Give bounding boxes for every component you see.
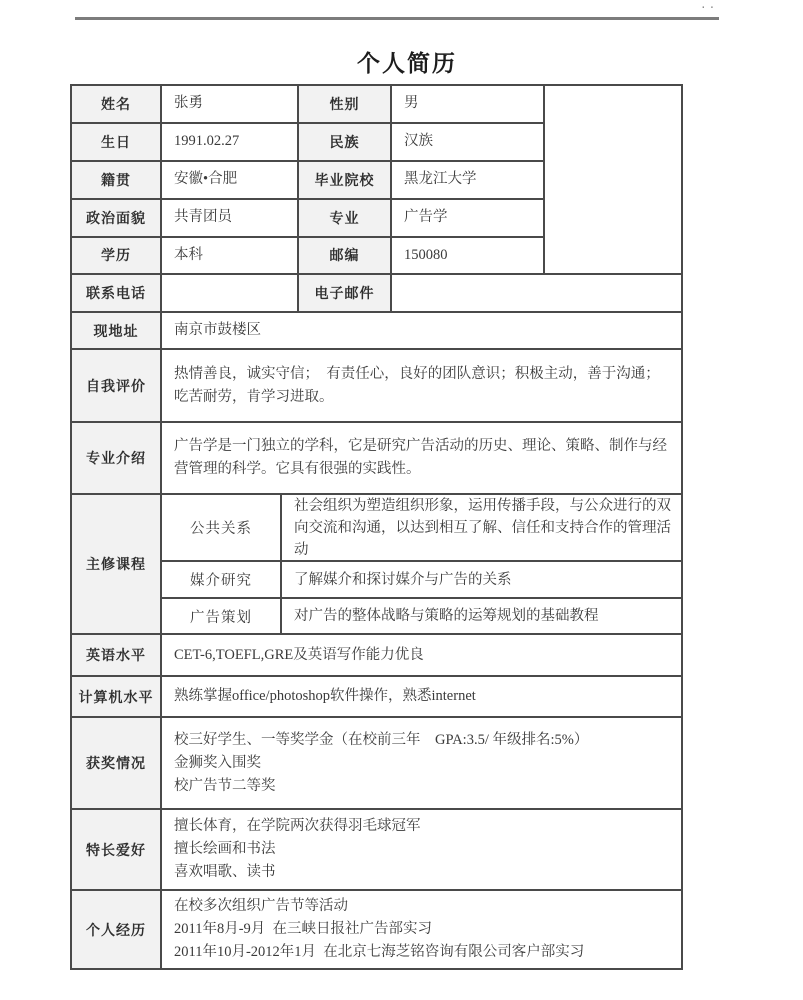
hobbies-line-2: 擅长绘画和书法	[174, 838, 671, 861]
address-value: 南京市鼓楼区	[162, 313, 681, 349]
zipcode-label: 邮编	[299, 238, 392, 274]
hometown-label: 籍贯	[72, 162, 162, 198]
hobbies-line-1: 擅长体育，在学院两次获得羽毛球冠军	[174, 815, 671, 838]
table-row-address: 现地址 南京市鼓楼区	[72, 313, 681, 351]
degree-value: 本科	[162, 238, 299, 274]
english-level-value: CET-6,TOEFL,GRE及英语写作能力优良	[162, 635, 681, 674]
basic-info-section: 姓名 张勇 性别 男 生日 1991.02.27 民族 汉族 籍贯 安徽•合肥 …	[72, 86, 681, 275]
table-row-english: 英语水平 CET-6,TOEFL,GRE及英语写作能力优良	[72, 635, 681, 676]
table-row-political-major: 政治面貌 共青团员 专业 广告学	[72, 200, 543, 238]
awards-line-3: 校广告节二等奖	[174, 775, 671, 798]
birthday-label: 生日	[72, 124, 162, 160]
table-row-degree-zipcode: 学历 本科 邮编 150080	[72, 238, 543, 274]
table-row-awards: 获奖情况 校三好学生、一等奖学金（在校前三年 GPA:3.5/ 年级排名:5%）…	[72, 718, 681, 810]
top-horizontal-rule	[75, 17, 719, 20]
awards-line-2: 金狮奖入围奖	[174, 752, 671, 775]
table-row-contact: 联系电话 电子邮件	[72, 275, 681, 313]
english-level-label: 英语水平	[72, 635, 162, 674]
experience-line-3: 2011年10月-2012年1月 在北京七海芝铭咨询有限公司客户部实习	[174, 941, 671, 964]
courses-label: 主修课程	[72, 495, 162, 633]
course-row-public-relations: 公共关系 社会组织为塑造组织形象，运用传播手段，与公众进行的双向交流和沟通，以达…	[162, 495, 681, 562]
email-value	[392, 275, 681, 311]
table-row-birthday-ethnic: 生日 1991.02.27 民族 汉族	[72, 124, 543, 162]
major-label: 专业	[299, 200, 392, 236]
courses-grid: 公共关系 社会组织为塑造组织形象，运用传播手段，与公众进行的双向交流和沟通，以达…	[162, 495, 681, 633]
email-label: 电子邮件	[299, 275, 392, 311]
computer-level-label: 计算机水平	[72, 677, 162, 716]
experience-value: 在校多次组织广告节等活动 2011年8月-9月 在三峡日报社广告部实习 2011…	[162, 891, 681, 968]
university-label: 毕业院校	[299, 162, 392, 198]
birthday-value: 1991.02.27	[162, 124, 299, 160]
self-evaluation-label: 自我评价	[72, 350, 162, 421]
hobbies-line-3: 喜欢唱歌、读书	[174, 861, 671, 884]
course-desc-media-research: 了解媒介和探讨媒介与广告的关系	[282, 562, 681, 597]
name-label: 姓名	[72, 86, 162, 122]
phone-value	[162, 275, 299, 311]
address-label: 现地址	[72, 313, 162, 349]
table-row-self-evaluation: 自我评价 热情善良，诚实守信； 有责任心，良好的团队意识；积极主动，善于沟通；吃…	[72, 350, 681, 423]
major-value: 广告学	[392, 200, 543, 236]
computer-level-value: 熟练掌握office/photoshop软件操作，熟悉internet	[162, 677, 681, 716]
course-desc-ad-planning: 对广告的整体战略与策略的运筹规划的基础教程	[282, 599, 681, 633]
table-row-hometown-university: 籍贯 安徽•合肥 毕业院校 黑龙江大学	[72, 162, 543, 200]
ethnic-label: 民族	[299, 124, 392, 160]
awards-value: 校三好学生、一等奖学金（在校前三年 GPA:3.5/ 年级排名:5%） 金狮奖入…	[162, 718, 681, 808]
zipcode-value: 150080	[392, 238, 543, 274]
university-value: 黑龙江大学	[392, 162, 543, 198]
table-row-courses: 主修课程 公共关系 社会组织为塑造组织形象，运用传播手段，与公众进行的双向交流和…	[72, 495, 681, 635]
course-row-ad-planning: 广告策划 对广告的整体战略与策略的运筹规划的基础教程	[162, 599, 681, 633]
experience-label: 个人经历	[72, 891, 162, 968]
resume-table: 姓名 张勇 性别 男 生日 1991.02.27 民族 汉族 籍贯 安徽•合肥 …	[70, 84, 683, 970]
political-status-value: 共青团员	[162, 200, 299, 236]
table-row-major-intro: 专业介绍 广告学是一门独立的学科，它是研究广告活动的历史、理论、策略、制作与经营…	[72, 423, 681, 495]
resume-page: ·· 个人简历 姓名 张勇 性别 男 生日 1991.02.27 民族 汉族	[0, 0, 803, 1000]
awards-label: 获奖情况	[72, 718, 162, 808]
table-row-computer: 计算机水平 熟练掌握office/photoshop软件操作，熟悉interne…	[72, 677, 681, 718]
table-row-experience: 个人经历 在校多次组织广告节等活动 2011年8月-9月 在三峡日报社广告部实习…	[72, 891, 681, 968]
table-row-hobbies: 特长爱好 擅长体育，在学院两次获得羽毛球冠军 擅长绘画和书法 喜欢唱歌、读书	[72, 810, 681, 891]
major-intro-label: 专业介绍	[72, 423, 162, 493]
hometown-value: 安徽•合肥	[162, 162, 299, 198]
course-row-media-research: 媒介研究 了解媒介和探讨媒介与广告的关系	[162, 562, 681, 599]
experience-line-1: 在校多次组织广告节等活动	[174, 895, 671, 918]
course-name-ad-planning: 广告策划	[162, 599, 282, 633]
political-status-label: 政治面貌	[72, 200, 162, 236]
course-name-public-relations: 公共关系	[162, 495, 282, 560]
basic-info-grid: 姓名 张勇 性别 男 生日 1991.02.27 民族 汉族 籍贯 安徽•合肥 …	[72, 86, 545, 273]
corner-page-mark: ··	[700, 1, 717, 14]
self-evaluation-value: 热情善良，诚实守信； 有责任心，良好的团队意识；积极主动，善于沟通；吃苦耐劳，肯…	[162, 350, 681, 421]
photo-cell	[545, 86, 681, 273]
ethnic-value: 汉族	[392, 124, 543, 160]
experience-line-2: 2011年8月-9月 在三峡日报社广告部实习	[174, 918, 671, 941]
degree-label: 学历	[72, 238, 162, 274]
page-title: 个人简历	[95, 45, 719, 78]
awards-line-1: 校三好学生、一等奖学金（在校前三年 GPA:3.5/ 年级排名:5%）	[174, 729, 671, 752]
course-name-media-research: 媒介研究	[162, 562, 282, 597]
name-value: 张勇	[162, 86, 299, 122]
hobbies-value: 擅长体育，在学院两次获得羽毛球冠军 擅长绘画和书法 喜欢唱歌、读书	[162, 810, 681, 889]
major-intro-value: 广告学是一门独立的学科，它是研究广告活动的历史、理论、策略、制作与经营管理的科学…	[162, 423, 681, 493]
phone-label: 联系电话	[72, 275, 162, 311]
gender-label: 性别	[299, 86, 392, 122]
course-desc-public-relations: 社会组织为塑造组织形象，运用传播手段，与公众进行的双向交流和沟通，以达到相互了解…	[282, 495, 681, 560]
table-row-name-gender: 姓名 张勇 性别 男	[72, 86, 543, 124]
hobbies-label: 特长爱好	[72, 810, 162, 889]
gender-value: 男	[392, 86, 543, 122]
